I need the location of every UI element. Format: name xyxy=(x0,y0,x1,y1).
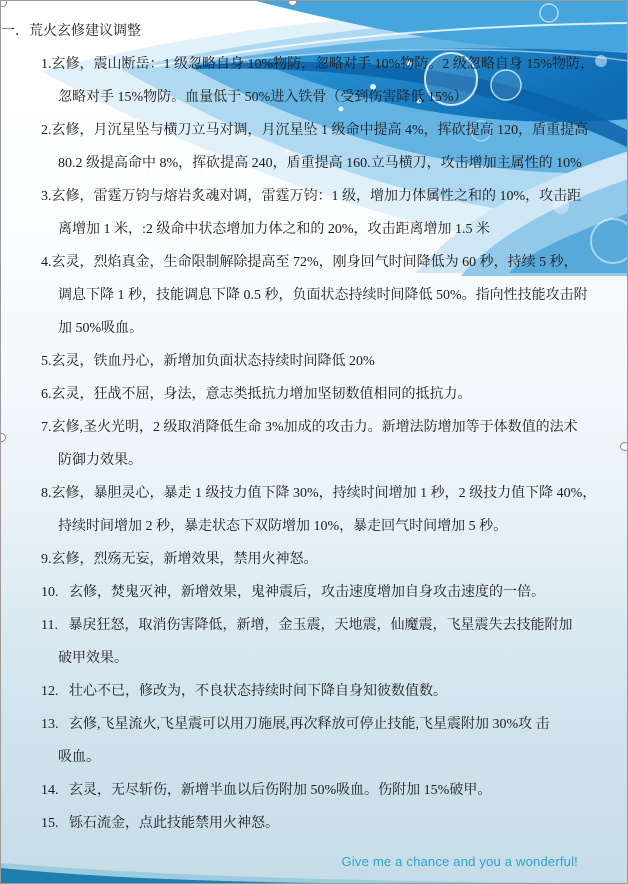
doc-line: 防御力效果。 xyxy=(1,444,627,477)
doc-line: 14. 玄灵，无尽斩伤，新增半血以后伤附加 50%吸血。伤附加 15%破甲。 xyxy=(1,774,627,807)
doc-line: 11. 暴戾狂怒，取消伤害降低，新增，金玉震，天地震，仙魔震，飞星震失去技能附加 xyxy=(1,609,627,642)
list-item: 15. 铄石流金，点此技能禁用火神怒。 xyxy=(1,807,627,840)
doc-line: 加 50%吸血。 xyxy=(1,312,627,345)
doc-line: 3.玄修，雷霆万钧与熔岩炙魂对调，雷霆万钧：1 级，增加力体属性之和的 10%，… xyxy=(1,180,627,213)
doc-line: 8.玄修，暴胆灵心，暴走 1 级技力值下降 30%，持续时间增加 1 秒，2 级… xyxy=(1,477,627,510)
list-item: 6.玄灵，狂战不屈，身法，意志类抵抗力增加坚韧数值相同的抵抗力。 xyxy=(1,378,627,411)
list-item: 10. 玄修，焚鬼灭神，新增效果，鬼神震后，攻击速度增加自身攻击速度的一倍。 xyxy=(1,576,627,609)
doc-line: 6.玄灵，狂战不屈，身法，意志类抵抗力增加坚韧数值相同的抵抗力。 xyxy=(1,378,627,411)
list-item: 2.玄修，月沉星坠与横刀立马对调，月沉星坠 1 级命中提高 4%，挥砍提高 12… xyxy=(1,114,627,180)
doc-line: 1.玄修，震山断岳：1 级忽略自身 10%物防，忽略对手 10%物防。2 级忽略… xyxy=(1,48,627,81)
doc-line: 5.玄灵，铁血丹心，新增加负面状态持续时间降低 20% xyxy=(1,345,627,378)
list-item: 12. 壮心不已，修改为，不良状态持续时间下降自身知彼数值数。 xyxy=(1,675,627,708)
doc-line: 80.2 级提高命中 8%，挥砍提高 240，盾重提高 160.立马横刀，攻击增… xyxy=(1,147,627,180)
doc-line: 15. 铄石流金，点此技能禁用火神怒。 xyxy=(1,807,627,840)
doc-line: 吸血。 xyxy=(1,741,627,774)
doc-line: 12. 壮心不已，修改为，不良状态持续时间下降自身知彼数值数。 xyxy=(1,675,627,708)
list-item: 5.玄灵，铁血丹心，新增加负面状态持续时间降低 20% xyxy=(1,345,627,378)
doc-title: 一．荒火玄修建议调整 xyxy=(1,15,627,48)
doc-line: 13. 玄修,飞星流火,飞星震可以用刀施展,再次释放可停止技能,飞星震附加 30… xyxy=(1,708,627,741)
doc-line: 7.玄修,圣火光明，2 级取消降低生命 3%加成的攻击力。新增法防增加等于体数值… xyxy=(1,411,627,444)
document-page: 一．荒火玄修建议调整 1.玄修，震山断岳：1 级忽略自身 10%物防，忽略对手 … xyxy=(0,0,628,884)
list-item: 13. 玄修,飞星流火,飞星震可以用刀施展,再次释放可停止技能,飞星震附加 30… xyxy=(1,708,627,774)
doc-line: 忽略对手 15%物防。血量低于 50%进入铁骨（受到伤害降低 15%） xyxy=(1,81,627,114)
list-item: 8.玄修，暴胆灵心，暴走 1 级技力值下降 30%，持续时间增加 1 秒，2 级… xyxy=(1,477,627,543)
doc-line: 10. 玄修，焚鬼灭神，新增效果，鬼神震后，攻击速度增加自身攻击速度的一倍。 xyxy=(1,576,627,609)
list-item: 1.玄修，震山断岳：1 级忽略自身 10%物防，忽略对手 10%物防。2 级忽略… xyxy=(1,48,627,114)
list-item: 7.玄修,圣火光明，2 级取消降低生命 3%加成的攻击力。新增法防增加等于体数值… xyxy=(1,411,627,477)
list-item: 9.玄修，烈殇无妄，新增效果，禁用火神怒。 xyxy=(1,543,627,576)
resize-handle-middle-right[interactable] xyxy=(620,442,628,451)
doc-line: 破甲效果。 xyxy=(1,642,627,675)
list-item: 11. 暴戾狂怒，取消伤害降低，新增，金玉震，天地震，仙魔震，飞星震失去技能附加… xyxy=(1,609,627,675)
doc-line: 9.玄修，烈殇无妄，新增效果，禁用火神怒。 xyxy=(1,543,627,576)
doc-line: 离增加 1 米，:2 级命中状态增加力体之和的 20%，攻击距离增加 1.5 米 xyxy=(1,213,627,246)
footer-slogan: Give me a chance and you a wonderful! xyxy=(342,854,578,869)
doc-line: 持续时间增加 2 秒，暴走状态下双防增加 10%，暴走回气时间增加 5 秒。 xyxy=(1,510,627,543)
doc-line: 4.玄灵，烈焰真金，生命限制解除提高至 72%，刚身回气时间降低为 60 秒，持… xyxy=(1,246,627,279)
list-item: 4.玄灵，烈焰真金，生命限制解除提高至 72%，刚身回气时间降低为 60 秒，持… xyxy=(1,246,627,345)
list-item: 3.玄修，雷霆万钧与熔岩炙魂对调，雷霆万钧：1 级，增加力体属性之和的 10%，… xyxy=(1,180,627,246)
document-body: 一．荒火玄修建议调整 1.玄修，震山断岳：1 级忽略自身 10%物防，忽略对手 … xyxy=(1,15,627,840)
doc-line: 2.玄修，月沉星坠与横刀立马对调，月沉星坠 1 级命中提高 4%，挥砍提高 12… xyxy=(1,114,627,147)
list-item: 14. 玄灵，无尽斩伤，新增半血以后伤附加 50%吸血。伤附加 15%破甲。 xyxy=(1,774,627,807)
doc-line: 调息下降 1 秒，技能调息下降 0.5 秒，负面状态持续时间降低 50%。指向性… xyxy=(1,279,627,312)
